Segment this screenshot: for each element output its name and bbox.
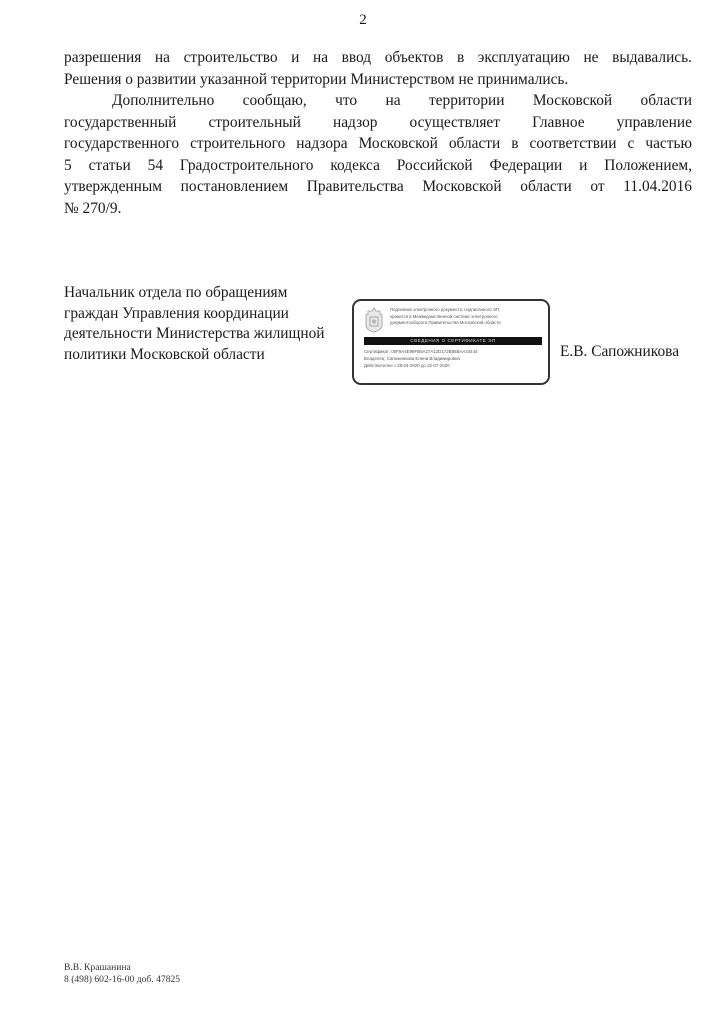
body-line: 5 статьи 54 Градостроительного кодекса Р…: [64, 155, 692, 177]
executor-footer: В.В. Крашанина 8 (498) 602-16-00 доб. 47…: [64, 962, 180, 986]
stamp-header-line: Подлинник электронного документа, подпис…: [390, 307, 546, 314]
signer-title-line: граждан Управления координации: [64, 304, 354, 325]
electronic-signature-stamp: Подлинник электронного документа, подпис…: [352, 299, 550, 385]
body-line: государственный строительный надзор осущ…: [64, 112, 692, 134]
stamp-certificate-info: Сертификат: 00F9A4E99FB5A27A12D172B85BAA…: [364, 348, 546, 369]
executor-phone: 8 (498) 602-16-00 доб. 47825: [64, 974, 180, 986]
stamp-header-line: хранится в Межведомственной системе элек…: [390, 314, 546, 321]
body-line: разрешения на строительство и на ввод об…: [64, 47, 692, 69]
body-line: государственного строительного надзора М…: [64, 133, 692, 155]
stamp-validity: Действителен с 28-04-2020 до 22-07-2020: [364, 362, 546, 369]
stamp-header-line: документооборота Правительства Московско…: [390, 320, 546, 327]
body-line: утвержденным постановлением Правительств…: [64, 176, 692, 198]
stamp-header: Подлинник электронного документа, подпис…: [390, 307, 546, 327]
stamp-certificate-bar: СВЕДЕНИЯ О СЕРТИФИКАТЕ ЭП: [364, 337, 542, 345]
body-line: № 270/9.: [64, 198, 692, 220]
signer-title-line: деятельности Министерства жилищной: [64, 324, 354, 345]
stamp-owner: Владелец: Сапожникова Елена Владимировна: [364, 355, 546, 362]
letter-body: разрешения на строительство и на ввод об…: [64, 47, 692, 219]
body-line: Решения о развитии указанной территории …: [64, 69, 692, 91]
signer-title: Начальник отдела по обращениям граждан У…: [64, 283, 354, 365]
signer-title-line: политики Московской области: [64, 345, 354, 366]
signer-name: Е.В. Сапожникова: [560, 343, 679, 361]
body-line: Дополнительно сообщаю, что на территории…: [64, 90, 692, 112]
coat-of-arms-icon: [364, 307, 384, 333]
signer-title-line: Начальник отдела по обращениям: [64, 283, 354, 304]
executor-name: В.В. Крашанина: [64, 962, 180, 974]
page-number: 2: [0, 12, 726, 29]
stamp-certificate-number: Сертификат: 00F9A4E99FB5A27A12D172B85BAA…: [364, 348, 546, 355]
